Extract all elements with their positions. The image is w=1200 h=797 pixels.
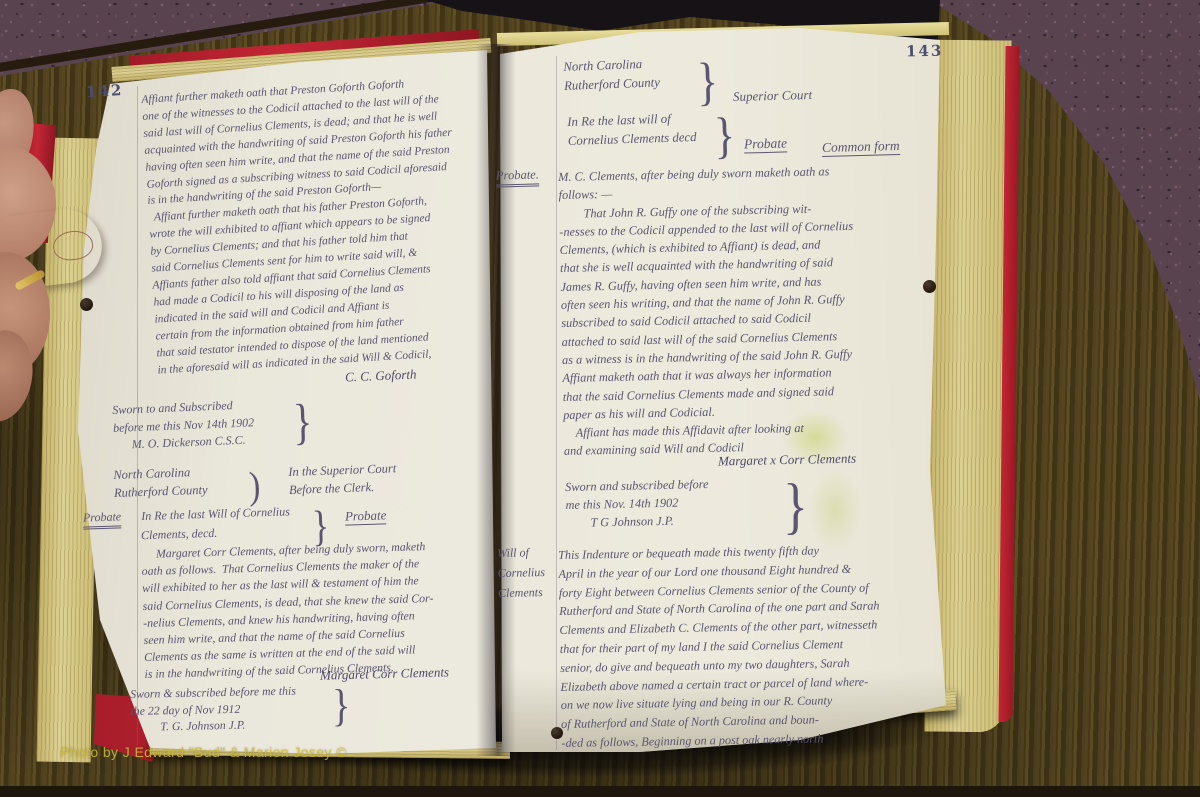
probate-heading-label: Probate [345, 507, 387, 525]
caption-brace-right: } [696, 50, 719, 112]
jurat-brace-left-2: } [332, 680, 350, 733]
clements-probate-jurat: Sworn & subscribed before me thisthe 22 … [130, 681, 391, 736]
will-margin-note: Will ofCorneliusClements [497, 542, 556, 603]
case-heading-brace: } [713, 106, 736, 165]
clements-probate-body: Margaret Corr Clements, after being duly… [141, 536, 495, 683]
caption-right-state-county: North Carolina Rutherford County [563, 54, 660, 95]
case-heading-line2: Cornelius Clements decd [568, 128, 697, 151]
caption-right-court: Superior Court [733, 87, 812, 105]
clements-affidavit-signature: Margaret x Corr Clements [718, 451, 856, 470]
goforth-affidavit: Affiant further maketh oath that Preston… [141, 71, 507, 379]
caption-brace-left: ) [248, 465, 261, 509]
probate-heading-line2: Clements, decd. [141, 526, 218, 543]
photo-scene: 142 Affiant further maketh oath that Pre… [0, 0, 1200, 797]
caption-right-county: Rutherford County [564, 73, 660, 95]
clements-affidavit-body: M. C. Clements, after being duly sworn m… [558, 160, 949, 461]
margin-note-probate-left: Probate [83, 509, 122, 529]
page-number-right: 143 [906, 42, 944, 61]
handwritten-line: Clements [498, 582, 556, 603]
case-label-probate: Probate [744, 135, 787, 153]
caption-left-county: Rutherford County [114, 481, 208, 502]
punch-hole-left [80, 298, 93, 311]
goforth-jurat: Sworn to and Subscribedbefore me this No… [112, 392, 374, 455]
caption-left-clerk: Before the Clerk. [289, 477, 398, 499]
watermark-credit: Photo by J Edward "Bud" & Marion Josey © [60, 744, 347, 760]
goforth-signature: C. C. Goforth [345, 366, 417, 385]
handwritten-line: Will of [497, 542, 555, 563]
case-label-common-form: Common form [822, 138, 900, 157]
caption-left-court-clerk: In the Superior Court Before the Clerk. [288, 459, 397, 499]
handwritten-line: Cornelius [497, 562, 555, 583]
caption-left-court: In the Superior Court [288, 459, 397, 481]
page-number-left: 142 [86, 81, 124, 101]
jurat-brace-left-1: } [292, 392, 313, 452]
jurat-brace-right: } [783, 471, 808, 542]
right-margin-rule [556, 56, 557, 750]
caption-left-state-county: North Carolina Rutherford County [113, 463, 208, 502]
margin-note-probate-right: Probate. [496, 167, 539, 187]
case-heading-lines: In Re the last will of Cornelius Clement… [567, 109, 697, 151]
will-body: This Indenture or bequeath made this twe… [558, 539, 952, 753]
